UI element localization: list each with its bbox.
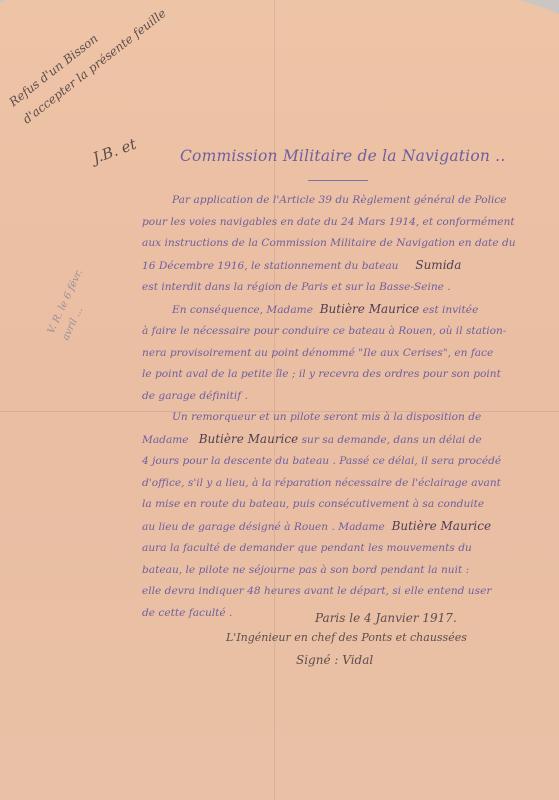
paragraph-2-line: de garage définitif .	[142, 386, 552, 408]
signature-line: Signé : Vidal	[296, 653, 373, 667]
document-page: Refus d'un Bisson d'accepter la présente…	[0, 0, 559, 800]
paragraph-3-line: elle devra indiquer 48 heures avant le d…	[142, 581, 552, 603]
document-body: Par application de l'Article 39 du Règle…	[142, 190, 552, 624]
paragraph-3-line: Madame Butière Maurice sur sa demande, d…	[142, 429, 552, 452]
paragraph-3-line: la mise en route du bateau, puis consécu…	[142, 494, 552, 516]
engineer-title: L'Ingénieur en chef des Ponts et chaussé…	[226, 631, 467, 644]
paragraph-1-line: pour les voies navigables en date du 24 …	[142, 212, 552, 234]
paragraph-3-line: bateau, le pilote ne séjourne pas à son …	[142, 560, 552, 582]
paragraph-2-line: En conséquence, Madame Butière Maurice e…	[142, 299, 552, 322]
pencil-margin-note: V. R. le 6 févr. avril ...	[44, 267, 102, 344]
document-title: Commission Militaire de la Navigation ..	[180, 147, 505, 165]
paragraph-1-line: 16 Décembre 1916, le stationnement du ba…	[142, 255, 552, 278]
paragraph-3-line: Un remorqueur et un pilote seront mis à …	[142, 407, 552, 429]
owner-name: Butière Maurice	[199, 432, 299, 446]
paragraph-3-line: 4 jours pour la descente du bateau . Pas…	[142, 451, 552, 473]
pencil-note-line: V.	[46, 323, 60, 335]
paragraph-2-line: nera provisoirement au point dénommé "Il…	[142, 343, 552, 365]
paragraph-3-line: au lieu de garage désigné à Rouen . Mada…	[142, 516, 552, 539]
owner-name: Butière Maurice	[392, 519, 492, 533]
place-and-date: Paris le 4 Janvier 1917.	[315, 611, 457, 625]
paragraph-3-line: d'office, s'il y a lieu, à la réparation…	[142, 473, 552, 495]
boat-name: Sumida	[415, 258, 461, 272]
paragraph-1-line: aux instructions de la Commission Milita…	[142, 233, 552, 255]
paragraph-1-line: est interdit dans la région de Paris et …	[142, 277, 552, 299]
paragraph-2-line: le point aval de la petite île ; il y re…	[142, 364, 552, 386]
paragraph-2-line: à faire le nécessaire pour conduire ce b…	[142, 321, 552, 343]
owner-name: Butière Maurice	[320, 302, 420, 316]
margin-initials-signature: J.B. et	[90, 135, 139, 167]
paragraph-3-line: aura la faculté de demander que pendant …	[142, 538, 552, 560]
title-underline	[308, 180, 368, 181]
margin-annotation: Refus d'un Bisson d'accepter la présente…	[4, 0, 197, 130]
paragraph-1-line: Par application de l'Article 39 du Règle…	[142, 190, 552, 212]
